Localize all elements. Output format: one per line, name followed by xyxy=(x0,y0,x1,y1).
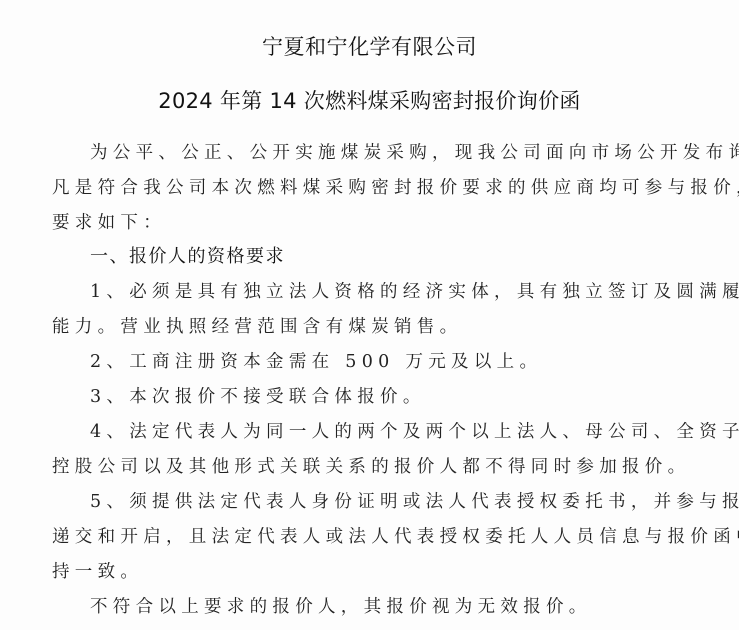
item-1-line-1: 1、必须是具有独立法人资格的经济实体，具有独立签订及圆满履行合同的 xyxy=(90,281,739,303)
intro-line-1: 为公平、公正、公开实施煤炭采购，现我公司面向市场公开发布询价信息， xyxy=(90,142,739,164)
item-3-line-1: 3、本次报价不接受联合体报价。 xyxy=(90,386,426,408)
section-heading: 一、报价人的资格要求 xyxy=(90,246,285,268)
item-5-line-3: 持一致。 xyxy=(52,561,143,583)
item-5-line-1: 5、须提供法定代表人身份证明或法人代表授权委托书，并参与报价文件的 xyxy=(90,491,739,513)
document-title: 2024 年第 14 次燃料煤采购密封报价询价函 xyxy=(0,85,739,115)
document-page: 宁夏和宁化学有限公司 2024 年第 14 次燃料煤采购密封报价询价函 为公平、… xyxy=(0,0,739,630)
item-1-line-2: 能力。营业执照经营范围含有煤炭销售。 xyxy=(52,316,462,338)
item-4-line-1: 4、法定代表人为同一人的两个及两个以上法人、母公司、全资子公司及其 xyxy=(90,421,739,443)
item-5-line-2: 递交和开启，且法定代表人或法人代表授权委托人人员信息与报价函中联系人保 xyxy=(52,526,739,548)
intro-line-3: 要求如下： xyxy=(52,212,166,234)
item-4-line-2: 控股公司以及其他形式关联关系的报价人都不得同时参加报价。 xyxy=(52,456,690,478)
company-name: 宁夏和宁化学有限公司 xyxy=(0,31,739,61)
closing-line: 不符合以上要求的报价人，其报价视为无效报价。 xyxy=(90,596,592,618)
item-2-line-1: 2、工商注册资本金需在 500 万元及以上。 xyxy=(90,351,542,373)
intro-line-2: 凡是符合我公司本次燃料煤采购密封报价要求的供应商均可参与报价，具体报价 xyxy=(52,177,739,199)
